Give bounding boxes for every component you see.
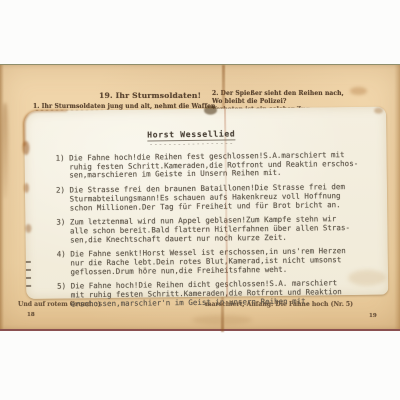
verse-4: 4) Die Fahne senkt!Horst Wessel ist ersc… (57, 247, 388, 277)
page-number-right: 19 (369, 313, 377, 319)
stain (374, 108, 383, 114)
typed-sheet: Horst Wessellied ------------------ 1) D… (24, 107, 388, 299)
scanned-songbook-photo: 19. Ihr Sturmsoldaten! 1. Ihr Sturmsolda… (0, 0, 400, 400)
verse-1-line-3: sen,marschieren im Geiste in Unsern Reih… (56, 168, 387, 181)
stain (204, 106, 217, 115)
stain (350, 87, 367, 95)
verse-1: 1) Die Fahne hoch!die Reihen fest geschl… (56, 151, 387, 181)
verse-2: 2) Die Strasse frei den braunen Bataillo… (56, 183, 387, 213)
left-page-song-heading: 19. Ihr Sturmsoldaten! (99, 91, 201, 100)
center-fold-crease-top (222, 65, 225, 113)
verse-5: 5) Die Fahne hoch!Die Reihen dicht gesch… (57, 279, 388, 309)
photo-right-edge (394, 65, 400, 329)
right-page-song-line-1: 2. Der Spießer sieht den Reihen nach, (212, 90, 344, 97)
page-number-left: 18 (27, 312, 35, 318)
song-verses: 1) Die Fahne hoch!die Reihen fest geschl… (25, 151, 389, 310)
edge-pencil-marks (26, 261, 31, 287)
stain (25, 224, 31, 233)
stain (192, 315, 252, 325)
stain (24, 183, 29, 193)
verse-3-line-3: sen,die Knechtschaft dauert nur noch kur… (57, 232, 388, 245)
verse-4-line-3: geflossen.Drum höre nun,die Freiheitsfah… (57, 264, 388, 277)
verse-3: 3) Zum letztenmal wird nun Appel geblase… (56, 215, 387, 245)
stain (2, 103, 8, 198)
